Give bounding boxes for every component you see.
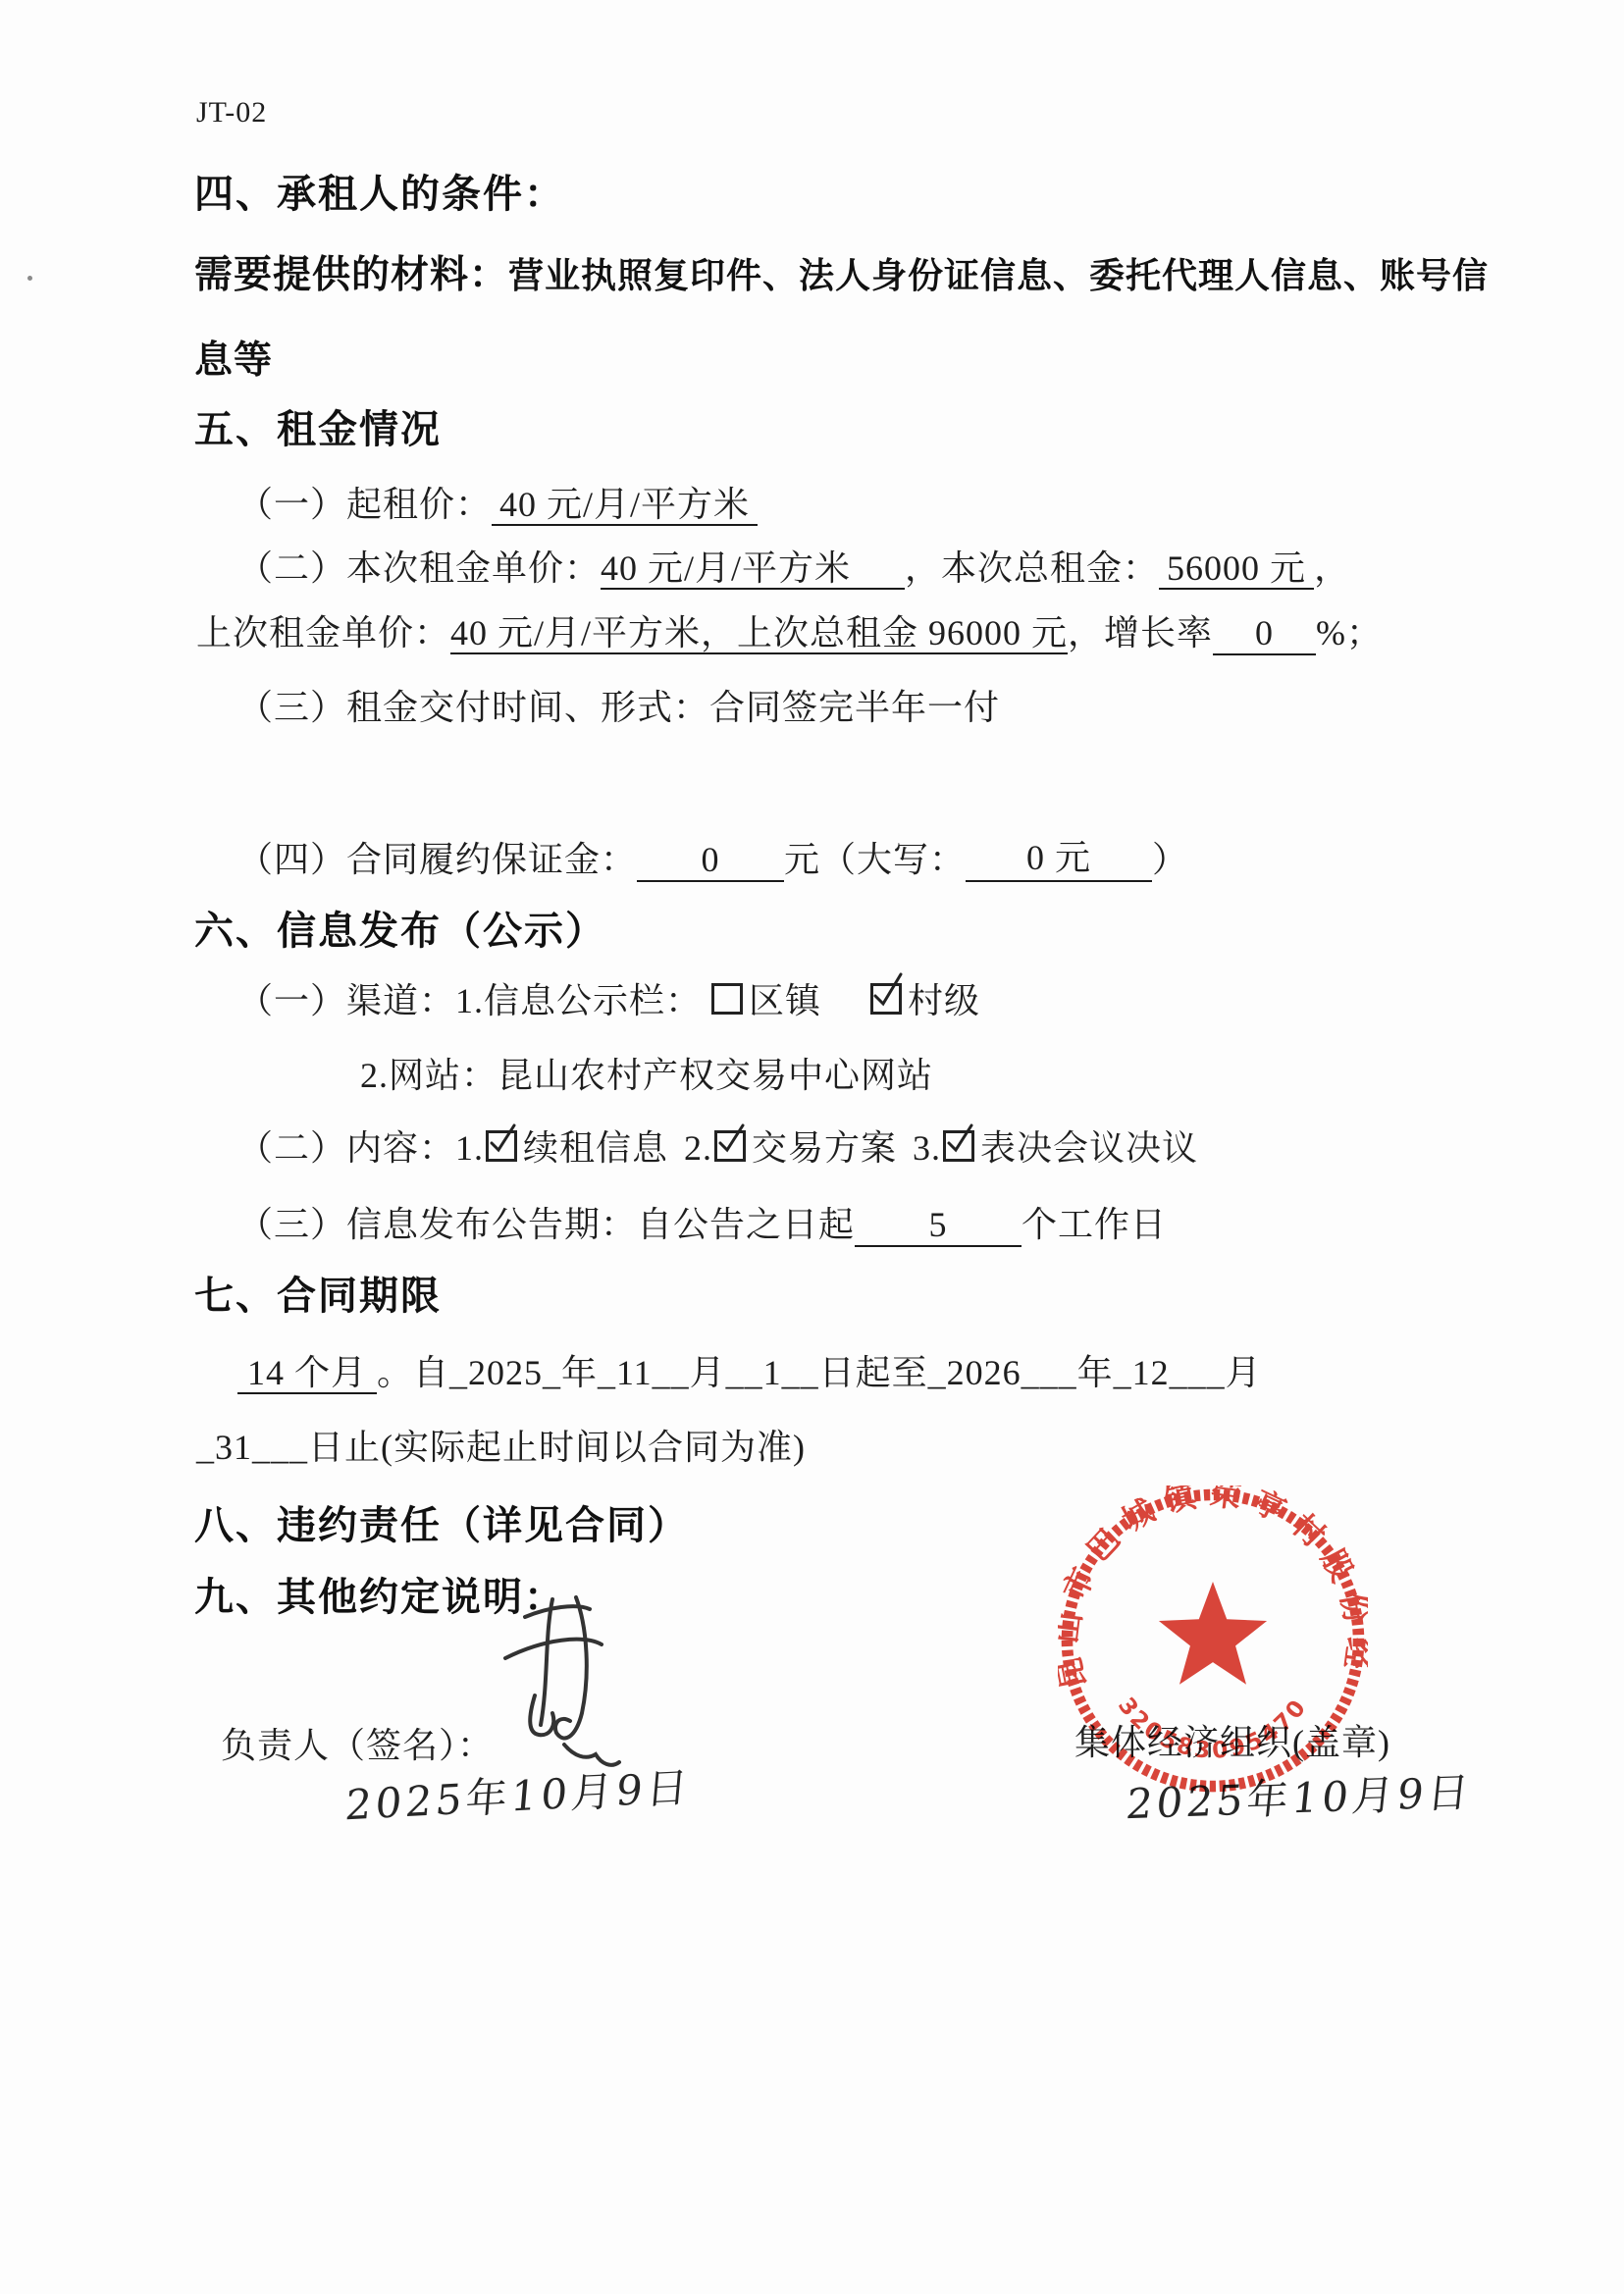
rent-item-1-value: 40 元/月/平方米 bbox=[492, 485, 758, 526]
rent-item-4: （四）合同履约保证金：0元（大写：0 元） bbox=[237, 830, 1188, 882]
section-7-heading: 七、合同期限 bbox=[194, 1265, 442, 1321]
rent-item-1: （一）起租价：40 元/月/平方米 bbox=[237, 477, 758, 527]
rent-growth-end: %； bbox=[1316, 613, 1383, 652]
publish-period-line: （三）信息发布公告期：自公告之日起5个工作日 bbox=[237, 1197, 1167, 1247]
period-label: （三）信息发布公告期：自公告之日起 bbox=[237, 1205, 855, 1244]
rent-item-2-end: ， bbox=[1314, 548, 1350, 588]
deposit-amount: 0 bbox=[637, 839, 784, 882]
checkbox-unchecked-icon bbox=[711, 983, 743, 1015]
rent-item-2-value: 40 元/月/平方米 bbox=[601, 548, 905, 590]
rent-item-2-total: 56000 元 bbox=[1159, 548, 1314, 590]
rent-item-1-label: （一）起租价： bbox=[237, 485, 492, 524]
rent-prev-value: 40 元/月/平方米，上次总租金 96000 元 bbox=[450, 613, 1068, 654]
rent-item-2-label: （二）本次租金单价： bbox=[237, 548, 601, 588]
rent-growth-rate: 0 bbox=[1213, 612, 1316, 655]
materials-text: 营业执照复印件、法人身份证信息、委托代理人信息、账号信 bbox=[508, 255, 1489, 295]
stamp-star-icon bbox=[1159, 1582, 1267, 1685]
channel-option-quzhen: 区镇 bbox=[749, 981, 821, 1020]
section-4-heading: 四、承租人的条件： bbox=[194, 163, 565, 219]
channel-option-cunji: 村级 bbox=[908, 981, 980, 1020]
signer-label: 负责人（签名）： bbox=[221, 1718, 494, 1768]
content-item-2-number: 2. bbox=[684, 1128, 712, 1168]
term-line-2: _31___日止(实际起止时间以合同为准) bbox=[196, 1420, 806, 1470]
deposit-end: ） bbox=[1152, 840, 1188, 879]
period-value: 5 bbox=[855, 1204, 1022, 1247]
materials-line: 需要提供的材料：营业执照复印件、法人身份证信息、委托代理人信息、账号信 bbox=[194, 244, 1489, 299]
section-8-heading: 八、违约责任（详见合同） bbox=[194, 1494, 689, 1550]
channel-label: （一）渠道：1.信息公示栏： bbox=[237, 981, 702, 1020]
rent-item-2-continuation: 上次租金单价：40 元/月/平方米，上次总租金 96000 元，增长率0%； bbox=[196, 605, 1383, 655]
checkbox-checked-icon bbox=[870, 983, 902, 1015]
period-end: 个工作日 bbox=[1022, 1205, 1167, 1244]
deposit-amount-caps: 0 元 bbox=[966, 830, 1152, 882]
content-item-3-number: 3. bbox=[913, 1128, 941, 1168]
scan-artifact-dot bbox=[27, 276, 32, 281]
rent-prev-label: 上次租金单价： bbox=[196, 613, 450, 652]
form-code: JT-02 bbox=[196, 96, 267, 130]
content-item-1-label: 续租信息 bbox=[523, 1128, 668, 1168]
checkbox-checked-icon bbox=[486, 1130, 517, 1162]
section-5-heading: 五、租金情况 bbox=[194, 398, 442, 454]
publish-content-line: （二）内容：1.续租信息2.交易方案3.表决会议决议 bbox=[237, 1121, 1198, 1171]
official-red-stamp: 昆山市巴城镇荣亭村股份经济合作社 3205830954700 bbox=[1058, 1486, 1368, 1796]
checkbox-checked-icon bbox=[943, 1130, 974, 1162]
materials-continuation: 息等 bbox=[194, 330, 273, 385]
scanned-document-page: JT-02 四、承租人的条件： 需要提供的材料：营业执照复印件、法人身份证信息、… bbox=[0, 0, 1624, 2294]
content-item-3-label: 表决会议决议 bbox=[980, 1128, 1198, 1168]
content-item-2-label: 交易方案 bbox=[752, 1128, 897, 1168]
publish-website-line: 2.网站：昆山农村产权交易中心网站 bbox=[360, 1048, 933, 1098]
rent-item-2: （二）本次租金单价：40 元/月/平方米，本次总租金：56000 元， bbox=[237, 541, 1350, 591]
checkbox-checked-icon bbox=[714, 1130, 746, 1162]
deposit-label: （四）合同履约保证金： bbox=[237, 840, 637, 879]
rent-item-2-mid: ，本次总租金： bbox=[905, 548, 1159, 588]
deposit-mid: 元（大写： bbox=[784, 840, 966, 879]
content-label: （二）内容： bbox=[237, 1128, 455, 1168]
section-6-heading: 六、信息发布（公示） bbox=[194, 900, 606, 956]
term-duration: 14 个月 bbox=[237, 1353, 377, 1394]
term-line-1: 14 个月。自_2025_年_11__月__1__日起至_2026___年_12… bbox=[237, 1345, 1262, 1395]
rent-growth-label: ，增长率 bbox=[1068, 613, 1213, 652]
publish-channel-line: （一）渠道：1.信息公示栏：区镇村级 bbox=[237, 973, 980, 1023]
materials-label: 需要提供的材料： bbox=[194, 254, 508, 296]
term-dates: 。自_2025_年_11__月__1__日起至_2026___年_12___月 bbox=[377, 1353, 1262, 1392]
rent-item-3: （三）租金交付时间、形式：合同签完半年一付 bbox=[237, 680, 1000, 730]
content-item-1-number: 1. bbox=[455, 1128, 484, 1168]
